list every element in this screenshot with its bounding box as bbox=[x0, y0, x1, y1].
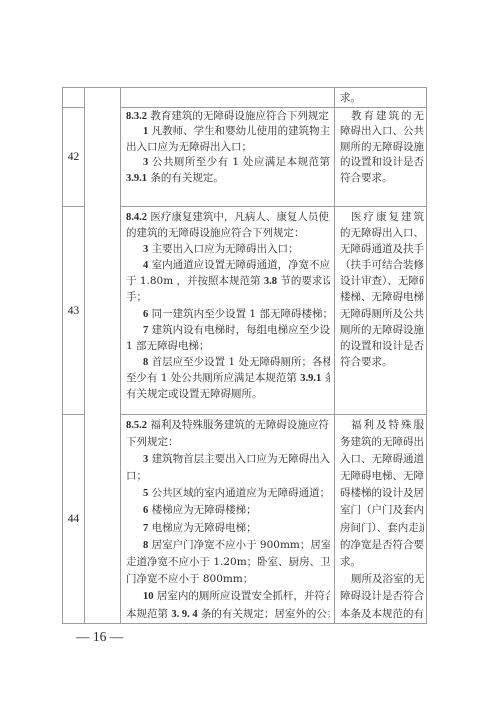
clause-number: 8.5.2 bbox=[126, 420, 147, 431]
text-line: 楼梯、无障碍电梯、 bbox=[340, 289, 424, 305]
text-line: 求。 bbox=[340, 554, 424, 571]
text-line: 设计审查）、无障碍 bbox=[340, 273, 424, 289]
text-segment: 出入口应为无障碍出入口； bbox=[126, 141, 252, 153]
clause-number: 3.9.1 bbox=[126, 173, 147, 184]
text-segment: 手； bbox=[126, 291, 147, 303]
text-segment: 走道净宽不应小于 1.20m；卧室、厨房、卫生间 bbox=[126, 556, 330, 568]
clause-number: 8.4.2 bbox=[126, 212, 147, 223]
text-segment: 符合要求。 bbox=[340, 356, 393, 368]
text-segment: 的建筑的无障碍设施应符合下列规定： bbox=[126, 227, 305, 239]
table-row-continuation: 求。 bbox=[63, 88, 427, 108]
text-line: 本条及本规范的有 bbox=[340, 606, 424, 623]
text-line: 4 室内通道应设置无障碍通道，净宽不应小 bbox=[126, 257, 330, 273]
text-segment: 的净宽是否符合要 bbox=[340, 539, 424, 551]
text-segment: 厕所及浴室的无 bbox=[351, 573, 424, 585]
text-segment: 的无障碍出入口、 bbox=[340, 227, 424, 239]
text-line: 出入口应为无障碍出入口； bbox=[126, 140, 330, 156]
text-segment: 求。 bbox=[340, 556, 361, 568]
text-segment: 同一建筑内至少设置 1 部无障碍楼梯； bbox=[148, 308, 330, 320]
text-segment: 居室户门净宽不应小于 900mm；居室内 bbox=[148, 539, 330, 551]
text-segment: 公共厕所至少有 1 处应满足本规范第 bbox=[148, 156, 330, 168]
clause-number: 3. 9. 4 bbox=[171, 609, 197, 620]
review-point-cell: 医疗康复建筑的无障碍出入口、无障碍通道及扶手（扶手可结合装修设计审查）、无障碍楼… bbox=[335, 207, 427, 415]
text-line: 的净宽是否符合要 bbox=[340, 537, 424, 554]
text-segment: 障碍设计是否符合 bbox=[340, 590, 424, 602]
text-line: 室门（户门及套内 bbox=[340, 502, 424, 519]
text-segment: 条的有关规定。 bbox=[147, 172, 224, 184]
text-line: 3.9.1 条的有关规定。 bbox=[126, 171, 330, 187]
text-segment: 居室内的厕所应设置安全抓杆，并符合 bbox=[154, 590, 331, 602]
text-line: 手； bbox=[126, 289, 330, 305]
text-line: 厕所及浴室的无 bbox=[340, 571, 424, 588]
text-line: 8.5.2 福利及特殊服务建筑的无障碍设施应符合 bbox=[126, 417, 330, 434]
row-number-cell bbox=[63, 88, 85, 108]
text-line: 10 居室内的厕所应设置安全抓杆，并符合 bbox=[126, 588, 330, 605]
page-number: — 16 — bbox=[76, 628, 123, 646]
text-line: 8 首层应至少设置 1 处无障碍厕所；各楼层 bbox=[126, 354, 330, 370]
text-line: 教育建筑的无 bbox=[340, 109, 424, 125]
clause-cell: 8.5.2 福利及特殊服务建筑的无障碍设施应符合下列规定：3 建筑物首层主要出入… bbox=[121, 415, 335, 624]
text-segment: 楼梯应为无障碍楼梯； bbox=[148, 504, 256, 516]
text-line: 入口、无障碍通道、 bbox=[340, 451, 424, 468]
text-segment: 障碍出入口、公共 bbox=[340, 125, 424, 137]
text-segment: 凡教师、学生和婴幼儿使用的建筑物主要 bbox=[148, 125, 330, 137]
text-line: 本规范第 3. 9. 4 条的有关规定；居室外的公共 bbox=[126, 606, 330, 623]
text-line: （扶手可结合装修 bbox=[340, 257, 424, 273]
text-segment: 本条及本规范的有 bbox=[340, 608, 424, 620]
text-line: 8.3.2 教育建筑的无障碍设施应符合下列规定： bbox=[126, 109, 330, 125]
text-line: 福利及特殊服 bbox=[340, 417, 424, 434]
text-line: 符合要求。 bbox=[340, 354, 424, 370]
text-line: 房间门）、套内走道 bbox=[340, 520, 424, 537]
text-segment: 的设置和设计是否 bbox=[340, 340, 424, 352]
text-line: 符合要求。 bbox=[340, 171, 424, 187]
text-segment: 室门（户门及套内 bbox=[340, 504, 424, 516]
text-segment: 有关规定或设置无障碍厕所。 bbox=[126, 388, 263, 400]
text-line: 厕所的无障碍设施 bbox=[340, 140, 424, 156]
text-line: 口； bbox=[126, 468, 330, 485]
text-segment: 至少有 1 处公共厕所应满足本规范第 bbox=[126, 372, 300, 384]
text-segment: 教育建筑的无障碍设施应符合下列规定： bbox=[147, 110, 330, 122]
text-segment: 下列规定： bbox=[126, 436, 179, 448]
text-line: 7 建筑内设有电梯时，每组电梯应至少设置 bbox=[126, 322, 330, 338]
text-line: 无障碍电梯、无障 bbox=[340, 468, 424, 485]
text-segment: 符合要求。 bbox=[340, 172, 393, 184]
text-segment: 楼梯、无障碍电梯、 bbox=[340, 291, 424, 303]
text-segment: 教育建筑的无 bbox=[351, 110, 424, 122]
document-page: 求。 42 8.3.2 教育建筑的无障碍设施应符合下列规定：1 凡教师、学生和婴… bbox=[0, 0, 500, 707]
text-segment: 无障碍通道及扶手 bbox=[340, 243, 424, 255]
row-number-cell: 44 bbox=[63, 415, 85, 624]
text-line: 下列规定： bbox=[126, 434, 330, 451]
text-line: 无障碍厕所及公共 bbox=[340, 306, 424, 322]
review-point-cell: 求。 bbox=[335, 88, 427, 108]
text-segment: 口； bbox=[126, 470, 147, 482]
text-line: 7 电梯应为无障碍电梯； bbox=[126, 520, 330, 537]
text-segment: 碍楼梯的设计及居 bbox=[340, 487, 424, 499]
clause-number: 8.3.2 bbox=[126, 111, 147, 122]
clause-number: 10 bbox=[143, 591, 154, 602]
text-line: 的设置和设计是否 bbox=[340, 155, 424, 171]
row-number-cell: 43 bbox=[63, 207, 85, 415]
text-segment: 福利及特殊服务建筑的无障碍设施应符合 bbox=[147, 419, 330, 431]
text-line: 至少有 1 处公共厕所应满足本规范第 3.9.1 条的 bbox=[126, 370, 330, 386]
review-point-cell: 教育建筑的无障碍出入口、公共厕所的无障碍设施的设置和设计是否符合要求。 bbox=[335, 108, 427, 207]
text-segment: 条的有关规定；居室外的公共 bbox=[198, 608, 330, 620]
text-line: 障碍设计是否符合 bbox=[340, 588, 424, 605]
text-line: 的设置和设计是否 bbox=[340, 338, 424, 354]
text-segment: 务建筑的无障碍出 bbox=[340, 436, 424, 448]
text-segment: 公共区域的室内通道应为无障碍通道； bbox=[148, 487, 330, 499]
clause-cell: 8.3.2 教育建筑的无障碍设施应符合下列规定：1 凡教师、学生和婴幼儿使用的建… bbox=[121, 108, 335, 207]
text-segment: 建筑物首层主要出入口应为无障碍出入 bbox=[148, 453, 330, 465]
text-segment: 的设置和设计是否 bbox=[340, 156, 424, 168]
text-segment: 厕所的无障碍设施 bbox=[340, 141, 424, 153]
text-line: 门净宽不应小于 800mm； bbox=[126, 571, 330, 588]
text-segment: 设计审查）、无障碍 bbox=[340, 275, 424, 287]
text-line: 5 公共区域的室内通道应为无障碍通道； bbox=[126, 485, 330, 502]
text-segment: 条的 bbox=[321, 372, 330, 384]
text-line: 6 楼梯应为无障碍楼梯； bbox=[126, 502, 330, 519]
clause-number: 3.9.1 bbox=[300, 373, 321, 384]
text-segment: 房间门）、套内走道 bbox=[340, 522, 424, 534]
text-line: 碍楼梯的设计及居 bbox=[340, 485, 424, 502]
text-line: 1 部无障碍电梯； bbox=[126, 338, 330, 354]
text-line: 求。 bbox=[340, 90, 424, 107]
review-point-cell: 福利及特殊服务建筑的无障碍出入口、无障碍通道、无障碍电梯、无障碍楼梯的设计及居室… bbox=[335, 415, 427, 624]
text-segment: 于 1.80m ，并按照本规范第 bbox=[126, 275, 264, 287]
text-line: 6 同一建筑内至少设置 1 部无障碍楼梯； bbox=[126, 306, 330, 322]
text-line: 无障碍通道及扶手 bbox=[340, 241, 424, 257]
text-segment: 福利及特殊服 bbox=[351, 419, 424, 431]
text-segment: 本规范第 bbox=[126, 608, 171, 620]
text-line: 障碍出入口、公共 bbox=[340, 124, 424, 140]
text-segment: 节的要求设置扶 bbox=[277, 275, 330, 287]
clause-cell bbox=[121, 88, 335, 108]
text-line: 务建筑的无障碍出 bbox=[340, 434, 424, 451]
text-segment: 求。 bbox=[340, 92, 361, 104]
text-line: 3 主要出入口应为无障碍出入口； bbox=[126, 241, 330, 257]
clause-cell: 8.4.2 医疗康复建筑中，凡病人、康复人员使用的建筑的无障碍设施应符合下列规定… bbox=[121, 207, 335, 415]
text-segment: 入口、无障碍通道、 bbox=[340, 453, 424, 465]
text-segment: 主要出入口应为无障碍出入口； bbox=[148, 243, 298, 255]
merged-category-cell bbox=[85, 88, 121, 624]
text-segment: 1 部无障碍电梯； bbox=[126, 340, 210, 352]
text-segment: 首层应至少设置 1 处无障碍厕所；各楼层 bbox=[148, 356, 330, 368]
text-line: 厕所的无障碍设施 bbox=[340, 322, 424, 338]
clause-number: 3.8 bbox=[264, 276, 277, 287]
text-line: 有关规定或设置无障碍厕所。 bbox=[126, 386, 330, 402]
text-segment: 厕所的无障碍设施 bbox=[340, 324, 424, 336]
text-line: 1 凡教师、学生和婴幼儿使用的建筑物主要 bbox=[126, 124, 330, 140]
text-segment: 医疗康复建筑 bbox=[351, 211, 424, 223]
text-segment: 无障碍厕所及公共 bbox=[340, 308, 424, 320]
text-segment: （扶手可结合装修 bbox=[340, 259, 424, 271]
text-segment: 电梯应为无障碍电梯； bbox=[148, 522, 256, 534]
text-line: 8.4.2 医疗康复建筑中，凡病人、康复人员使用 bbox=[126, 209, 330, 225]
text-line: 8 居室户门净宽不应小于 900mm；居室内 bbox=[126, 537, 330, 554]
text-line: 医疗康复建筑 bbox=[340, 209, 424, 225]
text-segment: 建筑内设有电梯时，每组电梯应至少设置 bbox=[148, 324, 330, 336]
text-line: 的建筑的无障碍设施应符合下列规定： bbox=[126, 225, 330, 241]
text-segment: 门净宽不应小于 800mm； bbox=[126, 573, 253, 585]
row-number-cell: 42 bbox=[63, 108, 85, 207]
text-line: 走道净宽不应小于 1.20m；卧室、厨房、卫生间 bbox=[126, 554, 330, 571]
text-segment: 无障碍电梯、无障 bbox=[340, 470, 424, 482]
text-segment: 医疗康复建筑中，凡病人、康复人员使用 bbox=[147, 211, 330, 223]
text-line: 3 公共厕所至少有 1 处应满足本规范第 bbox=[126, 155, 330, 171]
text-line: 的无障碍出入口、 bbox=[340, 225, 424, 241]
text-segment: 室内通道应设置无障碍通道，净宽不应小 bbox=[148, 259, 330, 271]
text-line: 于 1.80m ，并按照本规范第 3.8 节的要求设置扶 bbox=[126, 273, 330, 289]
text-line: 3 建筑物首层主要出入口应为无障碍出入 bbox=[126, 451, 330, 468]
review-checklist-table: 求。 42 8.3.2 教育建筑的无障碍设施应符合下列规定：1 凡教师、学生和婴… bbox=[62, 87, 427, 624]
